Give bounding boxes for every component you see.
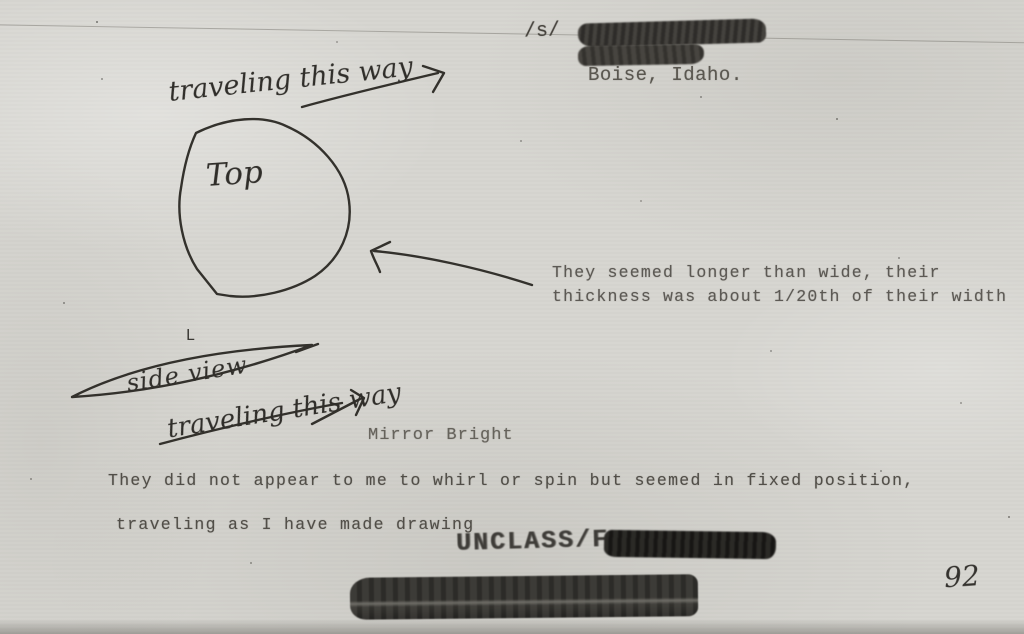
body-text-line2: traveling as I have made drawing <box>116 515 474 534</box>
brightness-note: Mirror Bright <box>368 426 514 445</box>
top-view-shape-outline <box>179 119 349 297</box>
pointer-arrow-line <box>374 251 532 285</box>
unclassified-stamp: UNCLASS/F <box>456 525 610 558</box>
redaction-bar-signature-line2 <box>578 44 704 66</box>
top-view-label: Top <box>205 154 264 194</box>
size-note-line1: They seemed longer than wide, their <box>552 263 941 282</box>
location-line: Boise, Idaho. <box>588 64 743 86</box>
travel-direction-arrowhead-top <box>423 66 444 92</box>
page-number: 92 <box>943 559 981 594</box>
redaction-bar-bottom <box>350 574 698 620</box>
signature-mark: /s/ <box>524 19 561 43</box>
pointer-arrowhead <box>371 242 390 272</box>
scan-edge-shadow <box>0 619 1024 634</box>
stray-pen-tick: L <box>186 326 194 344</box>
redaction-bar-stamp <box>604 530 776 559</box>
body-text-line1: They did not appear to me to whirl or sp… <box>108 471 915 490</box>
size-note-line2: thickness was about 1/20th of their widt… <box>552 287 1007 306</box>
scanned-document-page: /s/ Boise, Idaho. They seemed longer tha… <box>0 0 1024 634</box>
